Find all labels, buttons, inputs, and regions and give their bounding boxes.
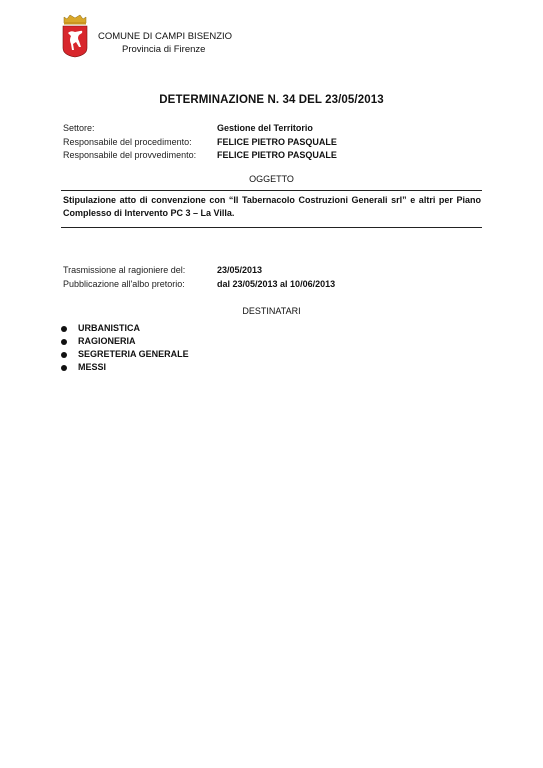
detail-label: Settore: [63, 122, 217, 136]
destinatari-heading: DESTINATARI [0, 306, 543, 316]
bullet-icon [61, 352, 67, 358]
detail-row-settore: Settore: Gestione del Territorio [63, 122, 337, 136]
document-title: DETERMINAZIONE N. 34 DEL 23/05/2013 [0, 94, 543, 106]
detail-row-responsabile-procedimento: Responsabile del procedimento: FELICE PI… [63, 136, 337, 150]
detail-value: 23/05/2013 [217, 264, 262, 278]
publication-details: Trasmissione al ragioniere del: 23/05/20… [63, 264, 335, 291]
province-name: Provincia di Firenze [98, 43, 232, 56]
document-details: Settore: Gestione del Territorio Respons… [63, 122, 337, 163]
list-item: SEGRETERIA GENERALE [61, 348, 189, 361]
bullet-icon [61, 365, 67, 371]
detail-value: Gestione del Territorio [217, 122, 313, 136]
detail-row-trasmissione: Trasmissione al ragioniere del: 23/05/20… [63, 264, 335, 278]
destinatari-list: URBANISTICA RAGIONERIA SEGRETERIA GENERA… [61, 322, 189, 374]
detail-label: Trasmissione al ragioniere del: [63, 264, 217, 278]
organization-name: COMUNE DI CAMPI BISENZIO [98, 30, 232, 43]
coat-of-arms-icon [61, 14, 89, 58]
detail-label: Responsabile del provvedimento: [63, 149, 217, 163]
oggetto-heading: OGGETTO [0, 174, 543, 184]
detail-label: Pubblicazione all'albo pretorio: [63, 278, 217, 292]
detail-value: dal 23/05/2013 al 10/06/2013 [217, 278, 335, 292]
detail-value: FELICE PIETRO PASQUALE [217, 149, 337, 163]
list-item: MESSI [61, 361, 189, 374]
divider-top [61, 190, 482, 191]
detail-row-pubblicazione: Pubblicazione all'albo pretorio: dal 23/… [63, 278, 335, 292]
list-item: URBANISTICA [61, 322, 189, 335]
organization-header: COMUNE DI CAMPI BISENZIO Provincia di Fi… [98, 30, 232, 56]
detail-label: Responsabile del procedimento: [63, 136, 217, 150]
list-item: RAGIONERIA [61, 335, 189, 348]
oggetto-text: Stipulazione atto di convenzione con “Il… [63, 194, 481, 220]
detail-row-responsabile-provvedimento: Responsabile del provvedimento: FELICE P… [63, 149, 337, 163]
bullet-icon [61, 339, 67, 345]
detail-value: FELICE PIETRO PASQUALE [217, 136, 337, 150]
divider-bottom [61, 227, 482, 228]
bullet-icon [61, 326, 67, 332]
